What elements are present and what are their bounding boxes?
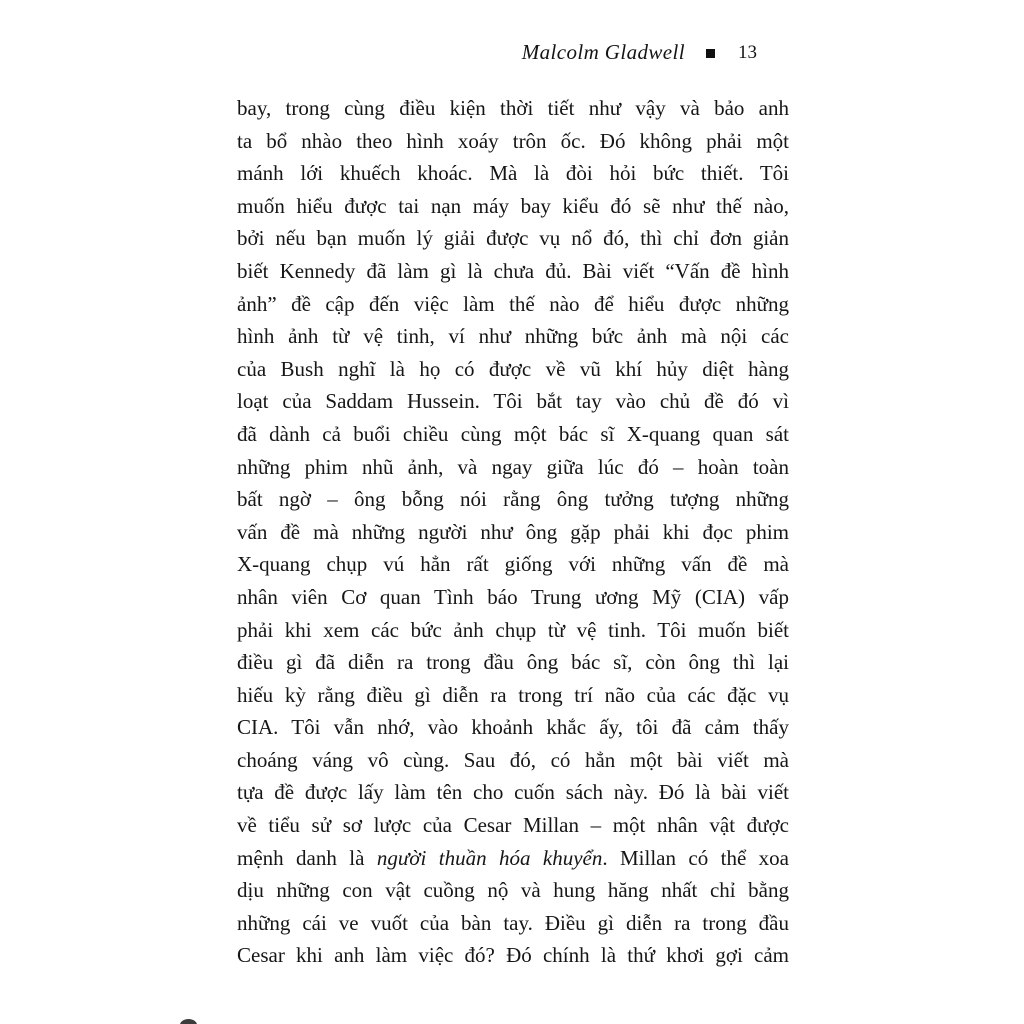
text-segment: biết Kennedy đã làm gì là chưa đủ. Bài v… xyxy=(237,259,789,283)
text-line: nhân viên Cơ quan Tình báo Trung ương Mỹ… xyxy=(237,581,789,614)
text-segment: X-quang chụp vú hẳn rất giống với những … xyxy=(237,552,789,576)
text-segment: tựa đề được lấy làm tên cho cuốn sách nà… xyxy=(237,780,789,804)
text-segment: về tiểu sử sơ lược của Cesar Millan – mộ… xyxy=(237,813,789,837)
text-segment: hiếu kỳ rằng điều gì diễn ra trong trí n… xyxy=(237,683,789,707)
text-segment: đã dành cả buổi chiều cùng một bác sĩ X-… xyxy=(237,422,789,446)
text-line: choáng váng vô cùng. Sau đó, có hẳn một … xyxy=(237,744,789,777)
text-line: phải khi xem các bức ảnh chụp từ vệ tinh… xyxy=(237,614,789,647)
text-line: dịu những con vật cuồng nộ và hung hăng … xyxy=(237,874,789,907)
text-segment: mệnh danh là xyxy=(237,846,377,870)
text-line: về tiểu sử sơ lược của Cesar Millan – mộ… xyxy=(237,809,789,842)
text-line: mệnh danh là người thuần hóa khuyển. Mil… xyxy=(237,842,789,875)
text-line: bởi nếu bạn muốn lý giải được vụ nổ đó, … xyxy=(237,222,789,255)
text-line: biết Kennedy đã làm gì là chưa đủ. Bài v… xyxy=(237,255,789,288)
text-segment: của Bush nghĩ là họ có được về vũ khí hủ… xyxy=(237,357,789,381)
text-segment: CIA. Tôi vẫn nhớ, vào khoảnh khắc ấy, tô… xyxy=(237,715,789,739)
text-line: CIA. Tôi vẫn nhớ, vào khoảnh khắc ấy, tô… xyxy=(237,711,789,744)
text-segment: choáng váng vô cùng. Sau đó, có hẳn một … xyxy=(237,748,789,772)
body-text: bay, trong cùng điều kiện thời tiết như … xyxy=(237,92,789,972)
text-line: tựa đề được lấy làm tên cho cuốn sách nà… xyxy=(237,776,789,809)
running-header-author: Malcolm Gladwell xyxy=(522,40,685,65)
text-segment: những cái ve vuốt của bàn tay. Điều gì d… xyxy=(237,911,789,935)
book-page: Malcolm Gladwell 13 bay, trong cùng điều… xyxy=(0,0,1024,1024)
text-line: hiếu kỳ rằng điều gì diễn ra trong trí n… xyxy=(237,679,789,712)
text-segment: vấn đề mà những người như ông gặp phải k… xyxy=(237,520,789,544)
text-segment: điều gì đã diễn ra trong đầu ông bác sĩ,… xyxy=(237,650,789,674)
text-line: điều gì đã diễn ra trong đầu ông bác sĩ,… xyxy=(237,646,789,679)
text-line: những cái ve vuốt của bàn tay. Điều gì d… xyxy=(237,907,789,940)
text-line: ta bổ nhào theo hình xoáy trôn ốc. Đó kh… xyxy=(237,125,789,158)
text-line: Cesar khi anh làm việc đó? Đó chính là t… xyxy=(237,939,789,972)
text-line: X-quang chụp vú hẳn rất giống với những … xyxy=(237,548,789,581)
text-segment: ảnh” đề cập đến việc làm thế nào để hiểu… xyxy=(237,292,789,316)
text-line: loạt của Saddam Hussein. Tôi bắt tay vào… xyxy=(237,385,789,418)
text-segment: bất ngờ – ông bỗng nói rằng ông tưởng tư… xyxy=(237,487,789,511)
text-segment: mánh lới khuếch khoác. Mà là đòi hỏi bức… xyxy=(237,161,789,185)
square-bullet-icon xyxy=(706,49,715,58)
text-segment: bởi nếu bạn muốn lý giải được vụ nổ đó, … xyxy=(237,226,789,250)
text-segment: dịu những con vật cuồng nộ và hung hăng … xyxy=(237,878,789,902)
text-line: của Bush nghĩ là họ có được về vũ khí hủ… xyxy=(237,353,789,386)
text-line: đã dành cả buổi chiều cùng một bác sĩ X-… xyxy=(237,418,789,451)
text-segment: những phim nhũ ảnh, và ngay giữa lúc đó … xyxy=(237,455,789,479)
text-segment: phải khi xem các bức ảnh chụp từ vệ tinh… xyxy=(237,618,789,642)
text-segment: người thuần hóa khuyển xyxy=(377,846,603,870)
text-segment: . Millan có thể xoa xyxy=(602,846,789,870)
text-line: hình ảnh từ vệ tinh, ví như những bức ản… xyxy=(237,320,789,353)
text-line: bay, trong cùng điều kiện thời tiết như … xyxy=(237,92,789,125)
text-segment: hình ảnh từ vệ tinh, ví như những bức ản… xyxy=(237,324,789,348)
text-line: mánh lới khuếch khoác. Mà là đòi hỏi bức… xyxy=(237,157,789,190)
cropped-glyph xyxy=(180,1019,197,1024)
running-header: Malcolm Gladwell 13 xyxy=(522,40,757,65)
text-line: muốn hiểu được tai nạn máy bay kiểu đó s… xyxy=(237,190,789,223)
text-segment: muốn hiểu được tai nạn máy bay kiểu đó s… xyxy=(237,194,789,218)
text-segment: bay, trong cùng điều kiện thời tiết như … xyxy=(237,96,789,120)
text-line: bất ngờ – ông bỗng nói rằng ông tưởng tư… xyxy=(237,483,789,516)
text-segment: nhân viên Cơ quan Tình báo Trung ương Mỹ… xyxy=(237,585,789,609)
text-segment: Cesar khi anh làm việc đó? Đó chính là t… xyxy=(237,943,789,967)
text-segment: ta bổ nhào theo hình xoáy trôn ốc. Đó kh… xyxy=(237,129,789,153)
text-line: vấn đề mà những người như ông gặp phải k… xyxy=(237,516,789,549)
text-line: những phim nhũ ảnh, và ngay giữa lúc đó … xyxy=(237,451,789,484)
text-segment: loạt của Saddam Hussein. Tôi bắt tay vào… xyxy=(237,389,789,413)
page-number: 13 xyxy=(738,42,757,64)
text-line: ảnh” đề cập đến việc làm thế nào để hiểu… xyxy=(237,288,789,321)
